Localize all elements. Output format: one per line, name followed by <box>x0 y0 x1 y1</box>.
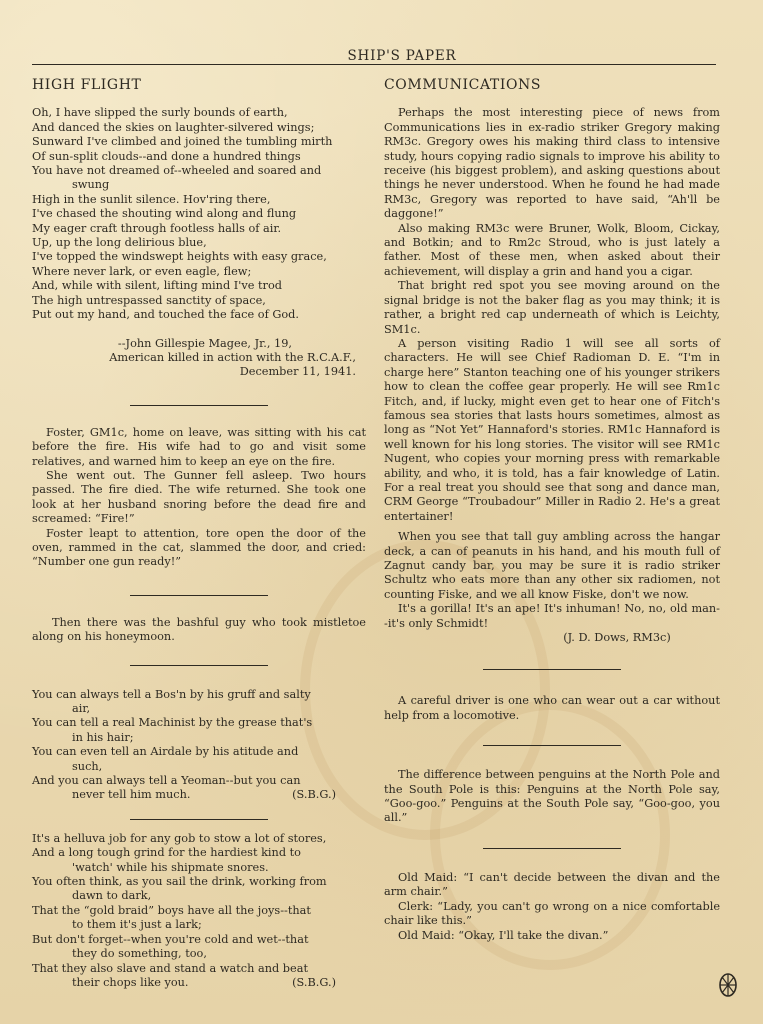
poem-line: High in the sunlit silence. Hov'ring the… <box>32 193 366 207</box>
poem-line: My eager craft through footless halls of… <box>32 222 366 236</box>
poem-line-continuation: 'watch' while his shipmate snores. <box>32 861 366 875</box>
poem-line: And you can always tell a Yeoman--but yo… <box>32 774 366 788</box>
poem-line-continuation: never tell him much. (S.B.G.) <box>32 788 366 802</box>
poem-line: It's a helluva job for any gob to stow a… <box>32 832 366 846</box>
divider <box>483 848 621 849</box>
divider <box>130 405 268 406</box>
article-paragraph: It's a gorilla! It's an ape! It's inhuma… <box>384 602 720 631</box>
newspaper-page: SHIP'S PAPER HIGH FLIGHT Oh, I have slip… <box>0 0 763 1024</box>
poem-line-continuation: in his hair; <box>32 731 366 745</box>
poem-line: The high untrespassed sanctity of space, <box>32 294 366 308</box>
joke-line: Old Maid: “I can't decide between the di… <box>384 871 720 900</box>
divider <box>483 745 621 746</box>
poem-line: I've topped the windswept heights with e… <box>32 250 366 264</box>
poem-line: Oh, I have slipped the surly bounds of e… <box>32 106 366 120</box>
divider <box>483 669 621 670</box>
signature: (S.B.G.) <box>292 976 336 990</box>
poem-line: And, while with silent, lifting mind I'v… <box>32 279 366 293</box>
poem-line-continuation: dawn to dark, <box>32 889 366 903</box>
divider <box>130 665 268 666</box>
joke-line: Clerk: “Lady, you can't go wrong on a ni… <box>384 900 720 929</box>
poem-line: That the “gold braid” boys have all the … <box>32 904 366 918</box>
poem-line: But don't forget--when you're cold and w… <box>32 933 366 947</box>
poem-line: That they also slave and stand a watch a… <box>32 962 366 976</box>
article-paragraph: That bright red spot you see moving arou… <box>384 279 720 337</box>
careful-driver-joke: A careful driver is one who can wear out… <box>384 694 720 723</box>
article-paragraph: A person visiting Radio 1 will see all s… <box>384 337 720 524</box>
joke-line: Old Maid: “Okay, I'll take the divan.” <box>384 929 720 943</box>
mistletoe-joke: Then there was the bashful guy who took … <box>32 616 366 645</box>
poem-line: Up, up the long delirious blue, <box>32 236 366 250</box>
high-flight-poem: Oh, I have slipped the surly bounds of e… <box>32 106 366 322</box>
penguins-joke: The difference between penguins at the N… <box>384 768 720 826</box>
poem-line-continuation: such, <box>32 760 366 774</box>
attribution-line: December 11, 1941. <box>32 365 356 379</box>
attribution-line: American killed in action with the R.C.A… <box>32 351 356 365</box>
communications-article: Perhaps the most interesting piece of ne… <box>384 106 720 645</box>
communications-title: COMMUNICATIONS <box>384 78 720 92</box>
poem-line-continuation: air, <box>32 702 366 716</box>
poem-line: And danced the skies on laughter-silvere… <box>32 121 366 135</box>
poem-line: Sunward I've climbed and joined the tumb… <box>32 135 366 149</box>
poem-line: I've chased the shouting wind along and … <box>32 207 366 221</box>
poem-line: Of sun-split clouds--and done a hundred … <box>32 150 366 164</box>
poem-line-continuation: they do something, too, <box>32 947 366 961</box>
right-column: COMMUNICATIONS Perhaps the most interest… <box>384 78 720 943</box>
divider <box>130 819 268 820</box>
poem-line: And a long tough grind for the hardiest … <box>32 846 366 860</box>
poem-line: You can even tell an Airdale by his atit… <box>32 745 366 759</box>
poem-line-text: their chops like you. <box>72 976 189 989</box>
page-header-title: SHIP'S PAPER <box>348 48 457 64</box>
poem-line: Where never lark, or even eagle, flew; <box>32 265 366 279</box>
divider <box>130 595 268 596</box>
page-header: SHIP'S PAPER <box>32 44 716 65</box>
poem-line-continuation: their chops like you. (S.B.G.) <box>32 976 366 990</box>
ship-wheel-icon <box>718 972 738 998</box>
article-paragraph: Perhaps the most interesting piece of ne… <box>384 106 720 221</box>
poem-line-text: never tell him much. <box>72 788 190 801</box>
left-column: HIGH FLIGHT Oh, I have slipped the surly… <box>32 78 366 990</box>
foster-story: Foster, GM1c, home on leave, was sitting… <box>32 426 366 570</box>
bosn-poem: You can always tell a Bos'n by his gruff… <box>32 688 366 803</box>
article-paragraph: Also making RM3c were Bruner, Wolk, Bloo… <box>384 222 720 280</box>
poem-attribution: --John Gillespie Magee, Jr., 19, America… <box>32 337 366 380</box>
attribution-line: --John Gillespie Magee, Jr., 19, <box>32 337 356 351</box>
article-signature: (J. D. Dows, RM3c) <box>384 631 720 645</box>
poem-line: You have not dreamed of--wheeled and soa… <box>32 164 366 178</box>
article-paragraph: When you see that tall guy ambling acros… <box>384 530 720 602</box>
signature: (S.B.G.) <box>292 788 336 802</box>
poem-line: You often think, as you sail the drink, … <box>32 875 366 889</box>
poem-line-continuation: to them it's just a lark; <box>32 918 366 932</box>
high-flight-title: HIGH FLIGHT <box>32 78 366 92</box>
story-paragraph: She went out. The Gunner fell asleep. Tw… <box>32 469 366 527</box>
stores-poem: It's a helluva job for any gob to stow a… <box>32 832 366 990</box>
story-paragraph: Foster, GM1c, home on leave, was sitting… <box>32 426 366 469</box>
poem-line-continuation: swung <box>32 178 366 192</box>
poem-line: You can always tell a Bos'n by his gruff… <box>32 688 366 702</box>
poem-line: Put out my hand, and touched the face of… <box>32 308 366 322</box>
old-maid-joke: Old Maid: “I can't decide between the di… <box>384 871 720 943</box>
story-paragraph: Foster leapt to attention, tore open the… <box>32 527 366 570</box>
poem-line: You can tell a real Machinist by the gre… <box>32 716 366 730</box>
